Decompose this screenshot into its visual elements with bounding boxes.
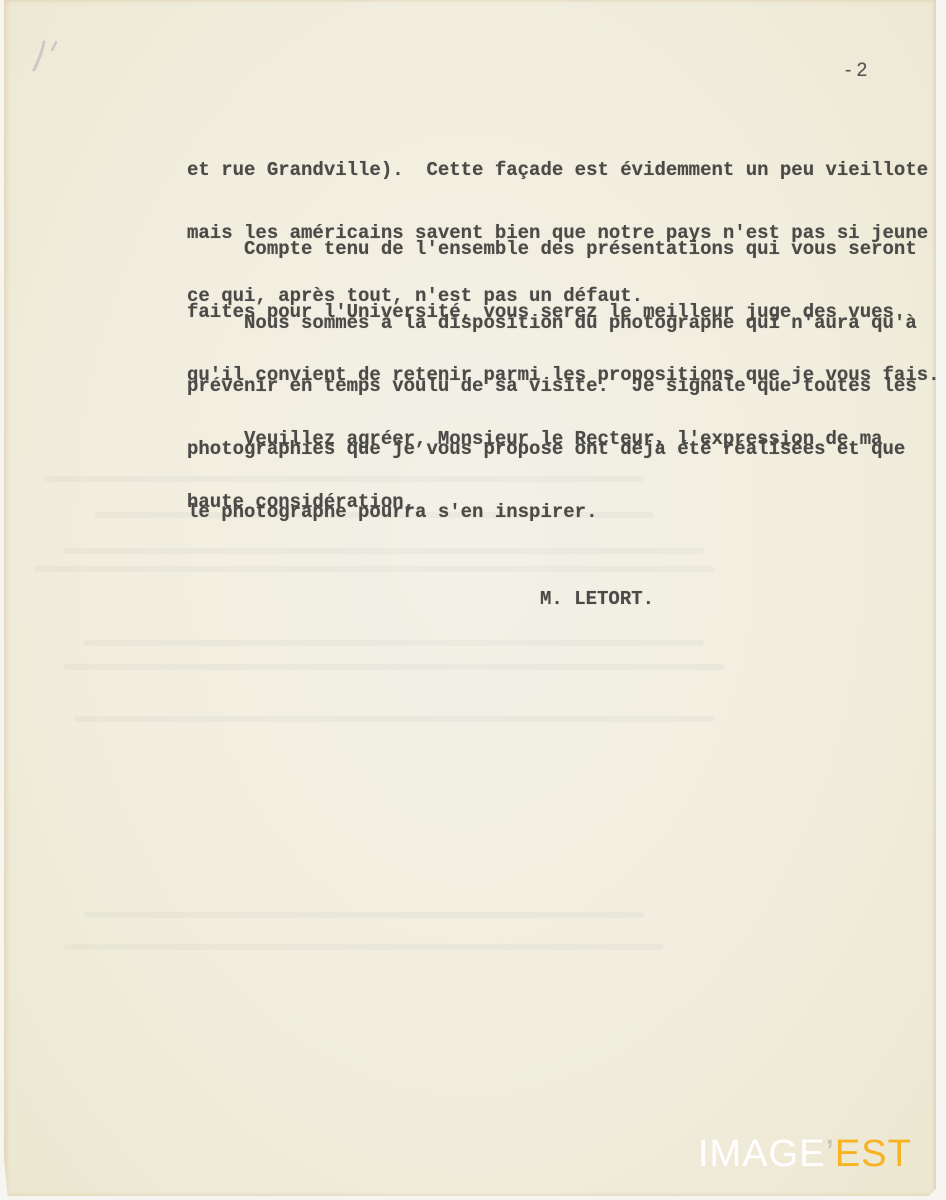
image-est-watermark-logo: IMAGE’EST xyxy=(698,1134,912,1174)
text-line: et rue Grandville). Cette façade est évi… xyxy=(187,160,946,181)
text-line: Compte tenu de l'ensemble des présentati… xyxy=(187,239,946,260)
scanned-page: - 2 et rue Grandville). Cette façade est… xyxy=(0,0,946,1200)
watermark-apostrophe: ’ xyxy=(825,1133,834,1175)
text-line: Nous sommes à la disposition du photogra… xyxy=(187,313,946,334)
show-through-texture xyxy=(64,664,724,670)
closing-paragraph: Veuillez agréer, Monsieur le Recteur, l'… xyxy=(187,387,946,555)
signature: M. LETORT. xyxy=(540,589,654,610)
show-through-texture xyxy=(64,944,664,950)
watermark-image-text: IMAGE xyxy=(698,1133,825,1175)
show-through-texture xyxy=(74,716,714,722)
pencil-mark-icon xyxy=(30,30,70,80)
text-line: Veuillez agréer, Monsieur le Recteur, l'… xyxy=(187,429,946,450)
show-through-texture xyxy=(84,912,644,918)
page-number: - 2 xyxy=(845,60,867,81)
text-line: haute considération, xyxy=(187,492,946,513)
watermark-est-text: EST xyxy=(835,1133,912,1175)
show-through-texture xyxy=(84,640,704,646)
show-through-texture xyxy=(34,566,714,572)
